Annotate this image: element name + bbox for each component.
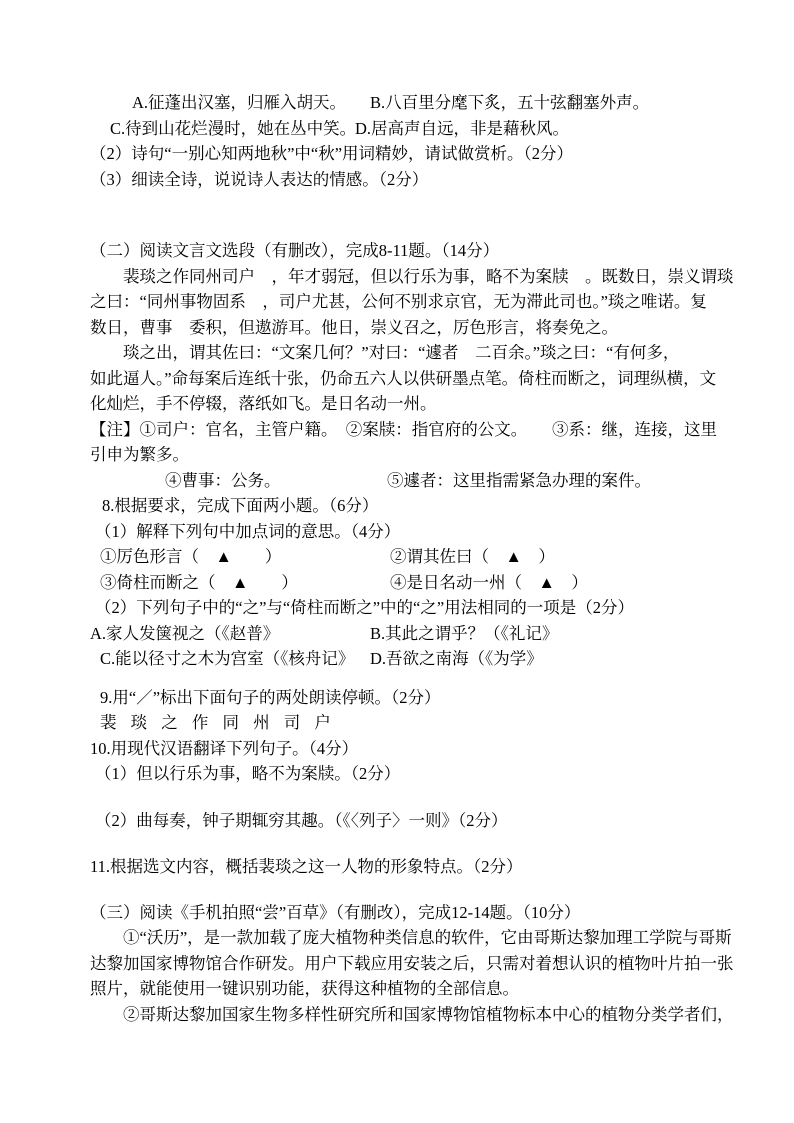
poetry-options-row-ab: A.征蓬出汉塞，归雁入胡天。 B.八百里分麾下炙，五十弦翻塞外声。	[90, 90, 704, 116]
note-line: 【注】①司户：官名，主管户籍。 ②案牍：指官府的公文。 ③系：继，连接，这里	[90, 417, 704, 443]
word-blank-2: ②谓其佐曰（ ▲ ）	[390, 544, 555, 570]
passage-line: 化灿烂，手不停辍，落纸如飞。是日名动一州。	[90, 391, 704, 417]
passage-line: 之曰：“同州事物固系 ，司户尤甚，公何不别求京官，无为滞此司也。”琰之唯诺。复	[90, 289, 704, 315]
zhi-option-d: D.吾欲之南海（《为学》	[370, 646, 543, 672]
passage-line: 裴琰之作同州司户 ，年才弱冠，但以行乐为事，略不为案牍 。既数日，崇义谓琰	[90, 264, 704, 290]
question-9: 9.用“／”标出下面句子的两处朗读停顿。（2分）	[90, 685, 704, 711]
modern-reading-section: （三）阅读《手机拍照“尝”百草》（有删改），完成12-14题。（10分） ①“沃…	[90, 900, 704, 1028]
modern-para-line: 照片，就能使用一键识别功能，获得这种植物的全部信息。	[90, 976, 704, 1002]
exam-page: A.征蓬出汉塞，归雁入胡天。 B.八百里分麾下炙，五十弦翻塞外声。 C.待到山花…	[0, 0, 794, 1123]
zhi-options-row-cd: C.能以径寸之木为宫室（《核舟记》 D.吾欲之南海（《为学》	[90, 646, 704, 672]
word-blank-3: ③倚柱而断之（ ▲ ）	[100, 570, 390, 596]
question-10: 10.用现代汉语翻译下列句子。（4分）	[90, 736, 704, 762]
modern-para-line: ①“沃历”，是一款加载了庞大植物种类信息的软件，它由哥斯达黎加理工学院与哥斯	[90, 925, 704, 951]
classical-section-heading: （二）阅读文言文选段（有删改），完成8-11题。（14分）	[90, 238, 704, 264]
poetry-option-a: A.征蓬出汉塞，归雁入胡天。	[132, 90, 370, 116]
modern-para-line: 达黎加国家博物馆合作研发。用户下载应用安装之后，只需对着想认识的植物叶片拍一张	[90, 951, 704, 977]
note-item-5: ⑤遽者：这里指需紧急办理的案件。	[387, 468, 651, 494]
word-blank-row-1: ①厉色形言（ ▲ ） ②谓其佐曰（ ▲ ）	[90, 544, 704, 570]
note-item-4: ④曹事：公务。	[165, 468, 387, 494]
passage-line: 数日，曹事 委积，但遨游耳。他日，崇义召之，厉色形言，将奏免之。	[90, 315, 704, 341]
question-8-sub-1: （1）解释下列句中加点词的意思。（4分）	[90, 519, 704, 545]
modern-section-heading: （三）阅读《手机拍照“尝”百草》（有删改），完成12-14题。（10分）	[90, 900, 704, 926]
question-9-sentence: 裴 琰 之 作 同 州 司 户	[90, 710, 704, 736]
poetry-question-2: （2）诗句“一别心知两地秋”中“秋”用词精妙，请试做赏析。（2分）	[90, 141, 704, 167]
zhi-options-row-ab: A.家人发箧视之（《赵普》 B.其此之谓乎？（《礼记》	[90, 621, 704, 647]
note-row-4-5: ④曹事：公务。 ⑤遽者：这里指需紧急办理的案件。	[90, 468, 704, 494]
zhi-option-c: C.能以径寸之木为宫室（《核舟记》	[100, 646, 370, 672]
classical-reading-section: （二）阅读文言文选段（有删改），完成8-11题。（14分） 裴琰之作同州司户 ，…	[90, 238, 704, 880]
poetry-option-d: D.居高声自远，非是藉秋风。	[355, 116, 569, 142]
poetry-question-section: A.征蓬出汉塞，归雁入胡天。 B.八百里分麾下炙，五十弦翻塞外声。 C.待到山花…	[90, 90, 704, 192]
question-8-sub-2: （2）下列句子中的“之”与“倚柱而断之”中的“之”用法相同的一项是（2分）	[90, 595, 704, 621]
passage-line: 琰之出，谓其佐曰：“文案几何？”对曰：“遽者 二百余。”琰之曰：“有何多，	[90, 340, 704, 366]
question-10-sub-2: （2）曲每奏，钟子期辄穷其趣。（《〈列子〉一则》（2分）	[90, 808, 704, 834]
modern-paragraph-1: ①“沃历”，是一款加载了庞大植物种类信息的软件，它由哥斯达黎加理工学院与哥斯 达…	[90, 925, 704, 1002]
question-9-block: 9.用“／”标出下面句子的两处朗读停顿。（2分） 裴 琰 之 作 同 州 司 户…	[90, 685, 704, 787]
question-11: 11.根据选文内容，概括裴琰之这一人物的形象特点。（2分）	[90, 854, 704, 880]
word-blank-1: ①厉色形言（ ▲ ）	[100, 544, 390, 570]
word-blank-row-2: ③倚柱而断之（ ▲ ） ④是日名动一州（ ▲ ）	[90, 570, 704, 596]
question-8: 8.根据要求，完成下面两小题。（6分）	[90, 493, 704, 519]
classical-passage: 裴琰之作同州司户 ，年才弱冠，但以行乐为事，略不为案牍 。既数日，崇义谓琰 之曰…	[90, 264, 704, 417]
poetry-question-3: （3）细读全诗，说说诗人表达的情感。（2分）	[90, 167, 704, 193]
word-blank-4: ④是日名动一州（ ▲ ）	[390, 570, 588, 596]
zhi-option-a: A.家人发箧视之（《赵普》	[90, 621, 370, 647]
passage-line: 如此逼人。”命每案后连纸十张，仍命五六人以供研墨点笔。倚柱而断之，词理纵横，文	[90, 366, 704, 392]
passage-notes: 【注】①司户：官名，主管户籍。 ②案牍：指官府的公文。 ③系：继，连接，这里 引…	[90, 417, 704, 494]
poetry-option-b: B.八百里分麾下炙，五十弦翻塞外声。	[370, 90, 649, 116]
note-line: 引申为繁多。	[90, 442, 704, 468]
zhi-option-b: B.其此之谓乎？（《礼记》	[370, 621, 558, 647]
poetry-option-c: C.待到山花烂漫时，她在丛中笑。	[110, 116, 355, 142]
modern-paragraph-2: ②哥斯达黎加国家生物多样性研究所和国家博物馆植物标本中心的植物分类学者们，	[90, 1002, 704, 1028]
question-10-sub-1: （1）但以行乐为事，略不为案牍。（2分）	[90, 761, 704, 787]
poetry-options-row-cd: C.待到山花烂漫时，她在丛中笑。 D.居高声自远，非是藉秋风。	[90, 116, 704, 142]
modern-para-line: ②哥斯达黎加国家生物多样性研究所和国家博物馆植物标本中心的植物分类学者们，	[90, 1002, 704, 1028]
